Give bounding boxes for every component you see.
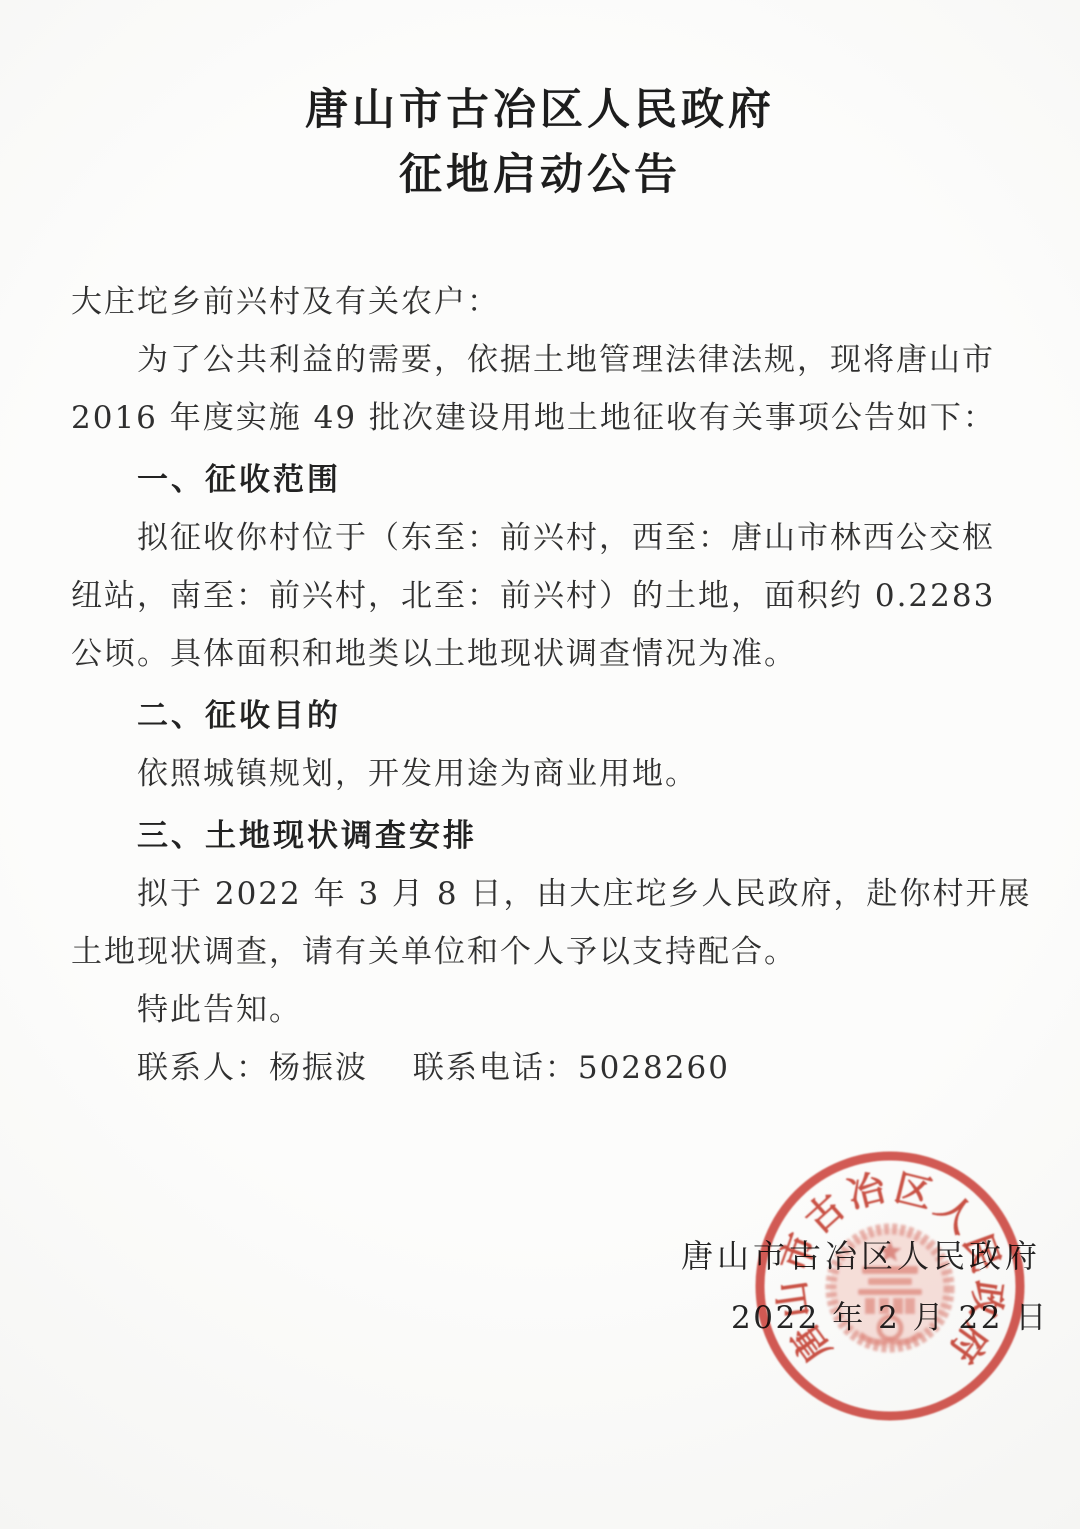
section-heading-survey: 三、土地现状调查安排 — [71, 807, 1015, 865]
announcement-document: 唐山市古冶区人民政府 征地启动公告 大庄坨乡前兴村及有关农户： 为了公共利益的需… — [0, 0, 1080, 1529]
seal-ring — [760, 1156, 1020, 1416]
purpose-line: 依照城镇规划，开发用途为商业用地。 — [71, 745, 1015, 803]
section-heading-purpose: 二、征收目的 — [71, 687, 1015, 745]
scope-line-1: 拟征收你村位于（东至：前兴村，西至：唐山市林西公交枢 — [71, 509, 1015, 567]
intro-line-2: 2016 年度实施 49 批次建设用地土地征收有关事项公告如下： — [71, 389, 1015, 447]
document-body: 大庄坨乡前兴村及有关农户： 为了公共利益的需要，依据土地管理法律法规，现将唐山市… — [71, 273, 1015, 1097]
svg-text:区: 区 — [890, 1165, 937, 1217]
survey-line-2: 土地现状调查，请有关单位和个人予以支持配合。 — [71, 923, 1015, 981]
contact-line: 联系人：杨振波 联系电话：5028260 — [71, 1039, 1015, 1097]
survey-line-1: 拟于 2022 年 3 月 8 日，由大庄坨乡人民政府，赴你村开展 — [71, 865, 1015, 923]
official-seal: 唐山市古冶区人民政府 — [748, 1144, 1032, 1428]
intro-line-1: 为了公共利益的需要，依据土地管理法律法规，现将唐山市 — [71, 331, 1015, 389]
signature-issuer: 唐山市古冶区人民政府 — [681, 1231, 1041, 1277]
section-heading-scope: 一、征收范围 — [71, 451, 1015, 509]
scope-line-3: 公顷。具体面积和地类以土地现状调查情况为准。 — [71, 625, 1015, 683]
salutation-line: 大庄坨乡前兴村及有关农户： — [71, 273, 1015, 331]
closing-line: 特此告知。 — [71, 981, 1015, 1039]
scope-line-2: 纽站，南至：前兴村，北至：前兴村）的土地，面积约 0.2283 — [71, 567, 1015, 625]
document-title-issuer: 唐山市古冶区人民政府 — [0, 76, 1080, 137]
document-title-subject: 征地启动公告 — [0, 141, 1080, 202]
svg-text:冶: 冶 — [843, 1165, 891, 1217]
signature-date: 2022 年 2 月 22 日 — [731, 1292, 1049, 1337]
